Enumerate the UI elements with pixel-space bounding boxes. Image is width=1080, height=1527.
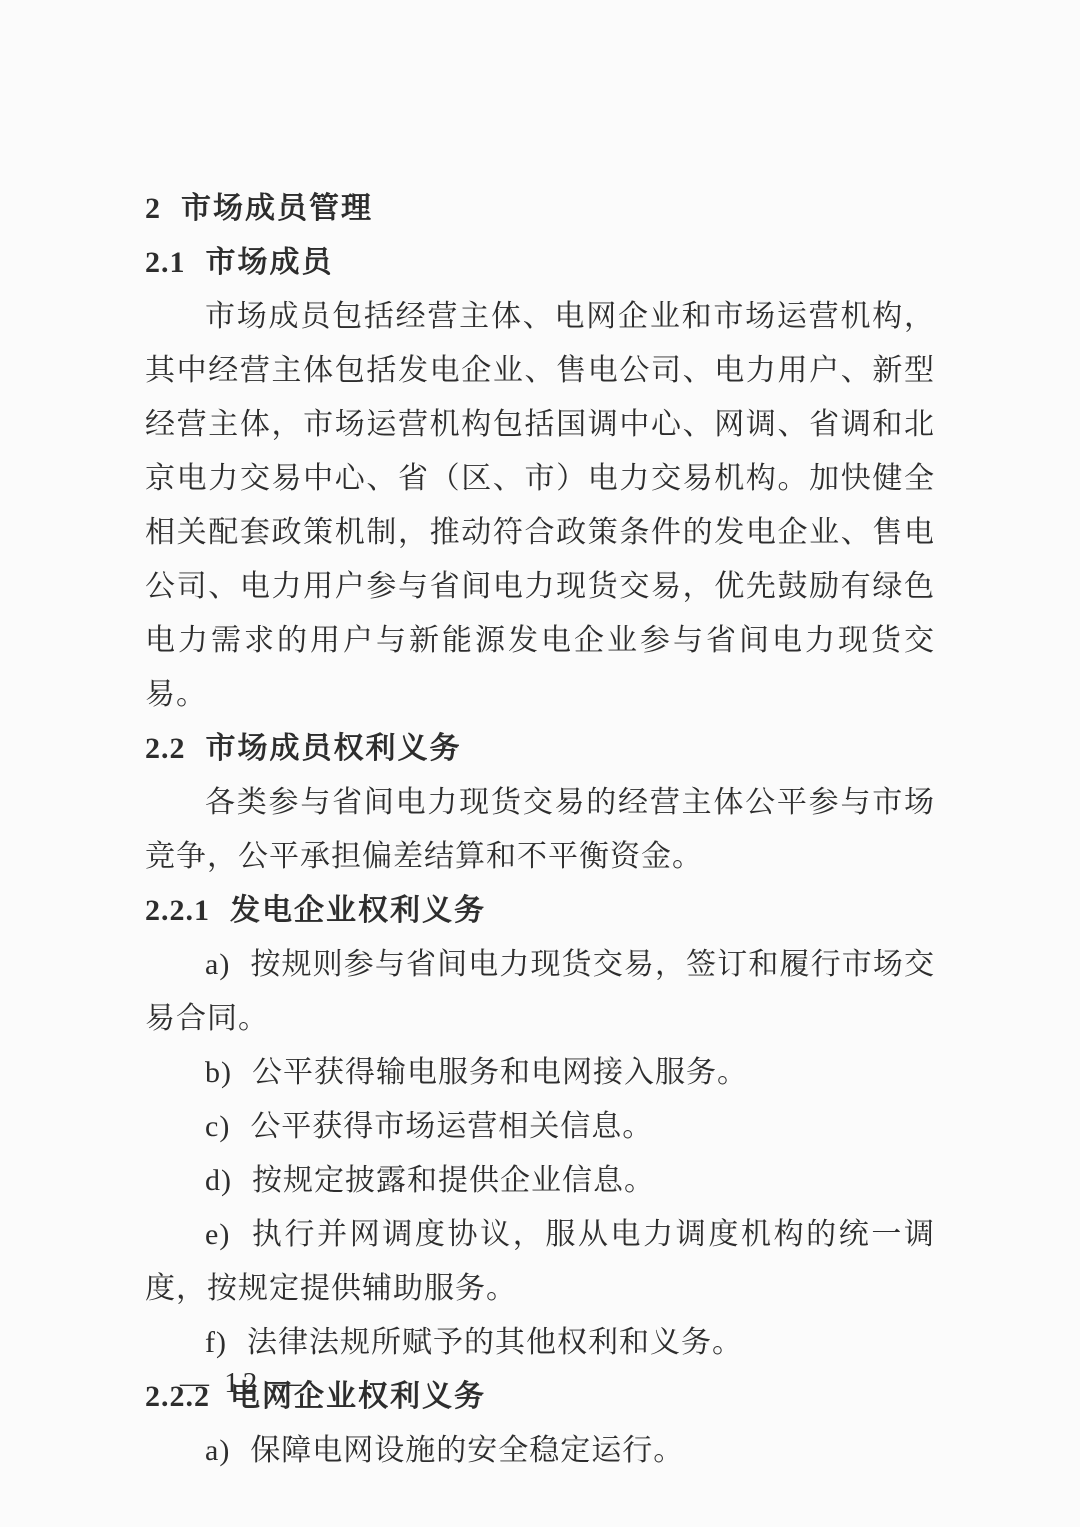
section-2-1-number: 2.1 xyxy=(145,246,186,279)
list-item-c: c)公平获得市场运营相关信息。 xyxy=(145,1100,935,1154)
list-item-a: a)按规则参与省间电力现货交易，签订和履行市场交易合同。 xyxy=(145,938,935,1046)
list-item-f-text: 法律法规所赋予的其他权利和义务。 xyxy=(247,1326,743,1359)
list-item-d: d)按规定披露和提供企业信息。 xyxy=(145,1154,935,1208)
list-item-a-label: a) xyxy=(205,948,250,981)
list-item-c-text: 公平获得市场运营相关信息。 xyxy=(250,1110,653,1143)
list-item-e: e)执行并网调度协议，服从电力调度机构的统一调度，按规定提供辅助服务。 xyxy=(145,1208,935,1316)
section-2-2-1-title: 发电企业权利义务 xyxy=(230,894,486,927)
list-item-e-label: e) xyxy=(205,1218,250,1251)
list-item-2-2-2-a-text: 保障电网设施的安全稳定运行。 xyxy=(250,1434,684,1467)
list-item-c-label: c) xyxy=(205,1110,250,1143)
list-item-2-2-2-a: a)保障电网设施的安全稳定运行。 xyxy=(145,1424,935,1478)
list-item-a-text: 按规则参与省间电力现货交易，签订和履行市场交易合同。 xyxy=(145,948,935,1035)
list-item-f-label: f) xyxy=(205,1326,247,1359)
list-item-b: b)公平获得输电服务和电网接入服务。 xyxy=(145,1046,935,1100)
list-item-d-label: d) xyxy=(205,1164,252,1197)
section-2-heading: 2市场成员管理 xyxy=(145,182,935,236)
section-2-2-paragraph: 各类参与省间电力现货交易的经营主体公平参与市场竞争，公平承担偏差结算和不平衡资金… xyxy=(145,776,935,884)
list-item-d-text: 按规定披露和提供企业信息。 xyxy=(252,1164,655,1197)
list-item-b-text: 公平获得输电服务和电网接入服务。 xyxy=(252,1056,748,1089)
page-number: — 12 — xyxy=(180,1356,306,1410)
list-item-e-text: 执行并网调度协议，服从电力调度机构的统一调度，按规定提供辅助服务。 xyxy=(145,1218,935,1305)
list-item-2-2-2-a-label: a) xyxy=(205,1434,250,1467)
section-2-1-heading: 2.1市场成员 xyxy=(145,236,935,290)
section-2-2-number: 2.2 xyxy=(145,732,186,765)
section-2-2-1-number: 2.2.1 xyxy=(145,894,210,927)
section-2-number: 2 xyxy=(145,192,161,225)
document-page: 2市场成员管理 2.1市场成员 市场成员包括经营主体、电网企业和市场运营机构，其… xyxy=(0,0,1080,1527)
list-item-b-label: b) xyxy=(205,1056,252,1089)
section-2-1-paragraph: 市场成员包括经营主体、电网企业和市场运营机构，其中经营主体包括发电企业、售电公司… xyxy=(145,290,935,722)
section-2-2-title: 市场成员权利义务 xyxy=(206,732,462,765)
section-2-title: 市场成员管理 xyxy=(181,192,373,225)
section-2-1-title: 市场成员 xyxy=(206,246,334,279)
section-2-2-heading: 2.2市场成员权利义务 xyxy=(145,722,935,776)
section-2-2-1-heading: 2.2.1发电企业权利义务 xyxy=(145,884,935,938)
